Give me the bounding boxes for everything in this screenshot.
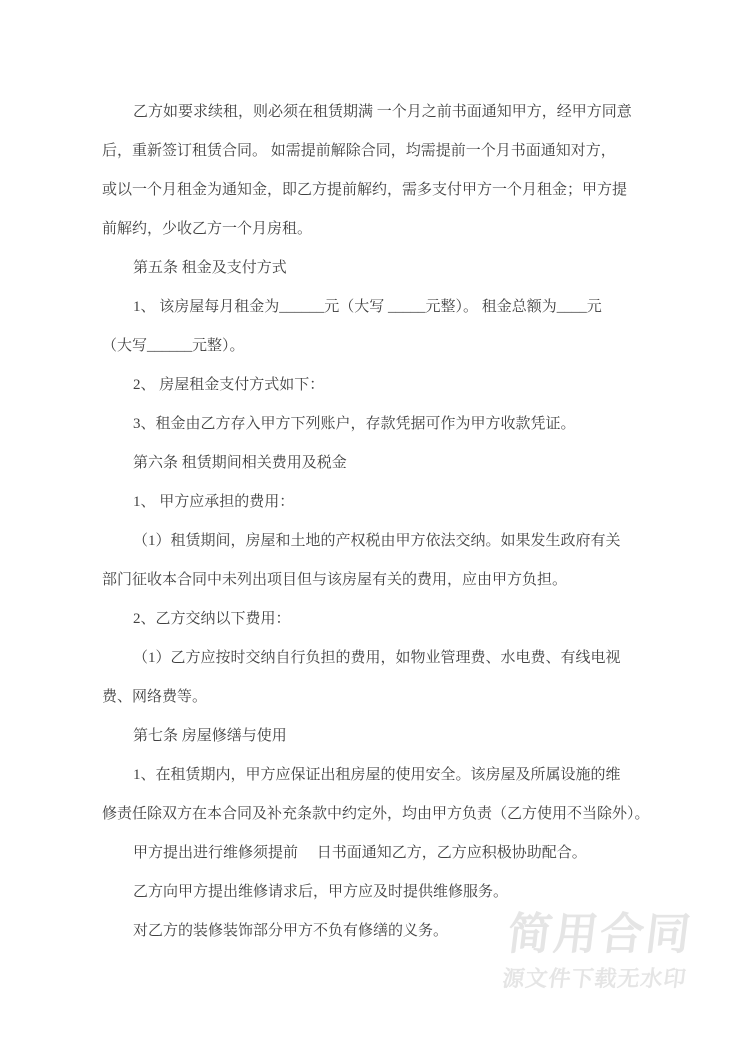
rent-amount-line-2: （大写______元整）。 [102, 327, 639, 366]
landlord-fees-detail-line-1: （1）租赁期间，房屋和土地的产权税由甲方依法交纳。如果发生政府有关 [102, 522, 639, 561]
clause-6-heading: 第六条 租赁期间相关费用及税金 [102, 444, 639, 483]
renewal-clause-line-3: 或以一个月租金为通知金，即乙方提前解约，需多支付甲方一个月租金；甲方提 [102, 171, 639, 210]
tenant-fees-item: 2、乙方交纳以下费用： [102, 600, 639, 639]
contract-text-block: 乙方如要求续租，则必须在租赁期满 一个月之前书面通知甲方，经甲方同意 后，重新签… [102, 93, 639, 951]
maintenance-clause-line-2: 修责任除双方在本合同及补充条款中约定外，均由甲方负责（乙方使用不当除外）。 [102, 795, 639, 834]
tenant-fees-detail-line-1: （1）乙方应按时交纳自行负担的费用，如物业管理费、水电费、有线电视 [102, 639, 639, 678]
repair-request-item: 乙方向甲方提出维修请求后，甲方应及时提供维修服务。 [102, 873, 639, 912]
site-watermark: 简用合同 源文件下载无水印 [501, 910, 695, 991]
renewal-clause-line-2: 后，重新签订租赁合同。 如需提前解除合同，均需提前一个月书面通知对方， [102, 132, 639, 171]
deposit-account-item: 3、租金由乙方存入甲方下列账户，存款凭据可作为甲方收款凭证。 [102, 405, 639, 444]
maintenance-clause-line-1: 1、在租赁期内，甲方应保证出租房屋的使用安全。该房屋及所属设施的维 [102, 756, 639, 795]
clause-5-heading: 第五条 租金及支付方式 [102, 249, 639, 288]
clause-7-heading: 第七条 房屋修缮与使用 [102, 717, 639, 756]
watermark-title: 简用合同 [505, 910, 695, 960]
landlord-fees-item: 1、 甲方应承担的费用： [102, 483, 639, 522]
tenant-fees-detail-line-2: 费、网络费等。 [102, 678, 639, 717]
renewal-clause-line-4: 前解约，少收乙方一个月房租。 [102, 210, 639, 249]
contract-page: 乙方如要求续租，则必须在租赁期满 一个月之前书面通知甲方，经甲方同意 后，重新签… [0, 0, 742, 1049]
landlord-fees-detail-line-2: 部门征收本合同中未列出项目但与该房屋有关的费用，应由甲方负担。 [102, 561, 639, 600]
rent-amount-line-1: 1、 该房屋每月租金为______元（大写 _____元整）。 租金总额为___… [102, 288, 639, 327]
renewal-clause-line-1: 乙方如要求续租，则必须在租赁期满 一个月之前书面通知甲方，经甲方同意 [102, 93, 639, 132]
repair-notice-item: 甲方提出进行维修须提前 日书面通知乙方，乙方应积极协助配合。 [102, 834, 639, 873]
payment-method-item: 2、 房屋租金支付方式如下： [102, 366, 639, 405]
watermark-subtitle: 源文件下载无水印 [501, 967, 688, 991]
